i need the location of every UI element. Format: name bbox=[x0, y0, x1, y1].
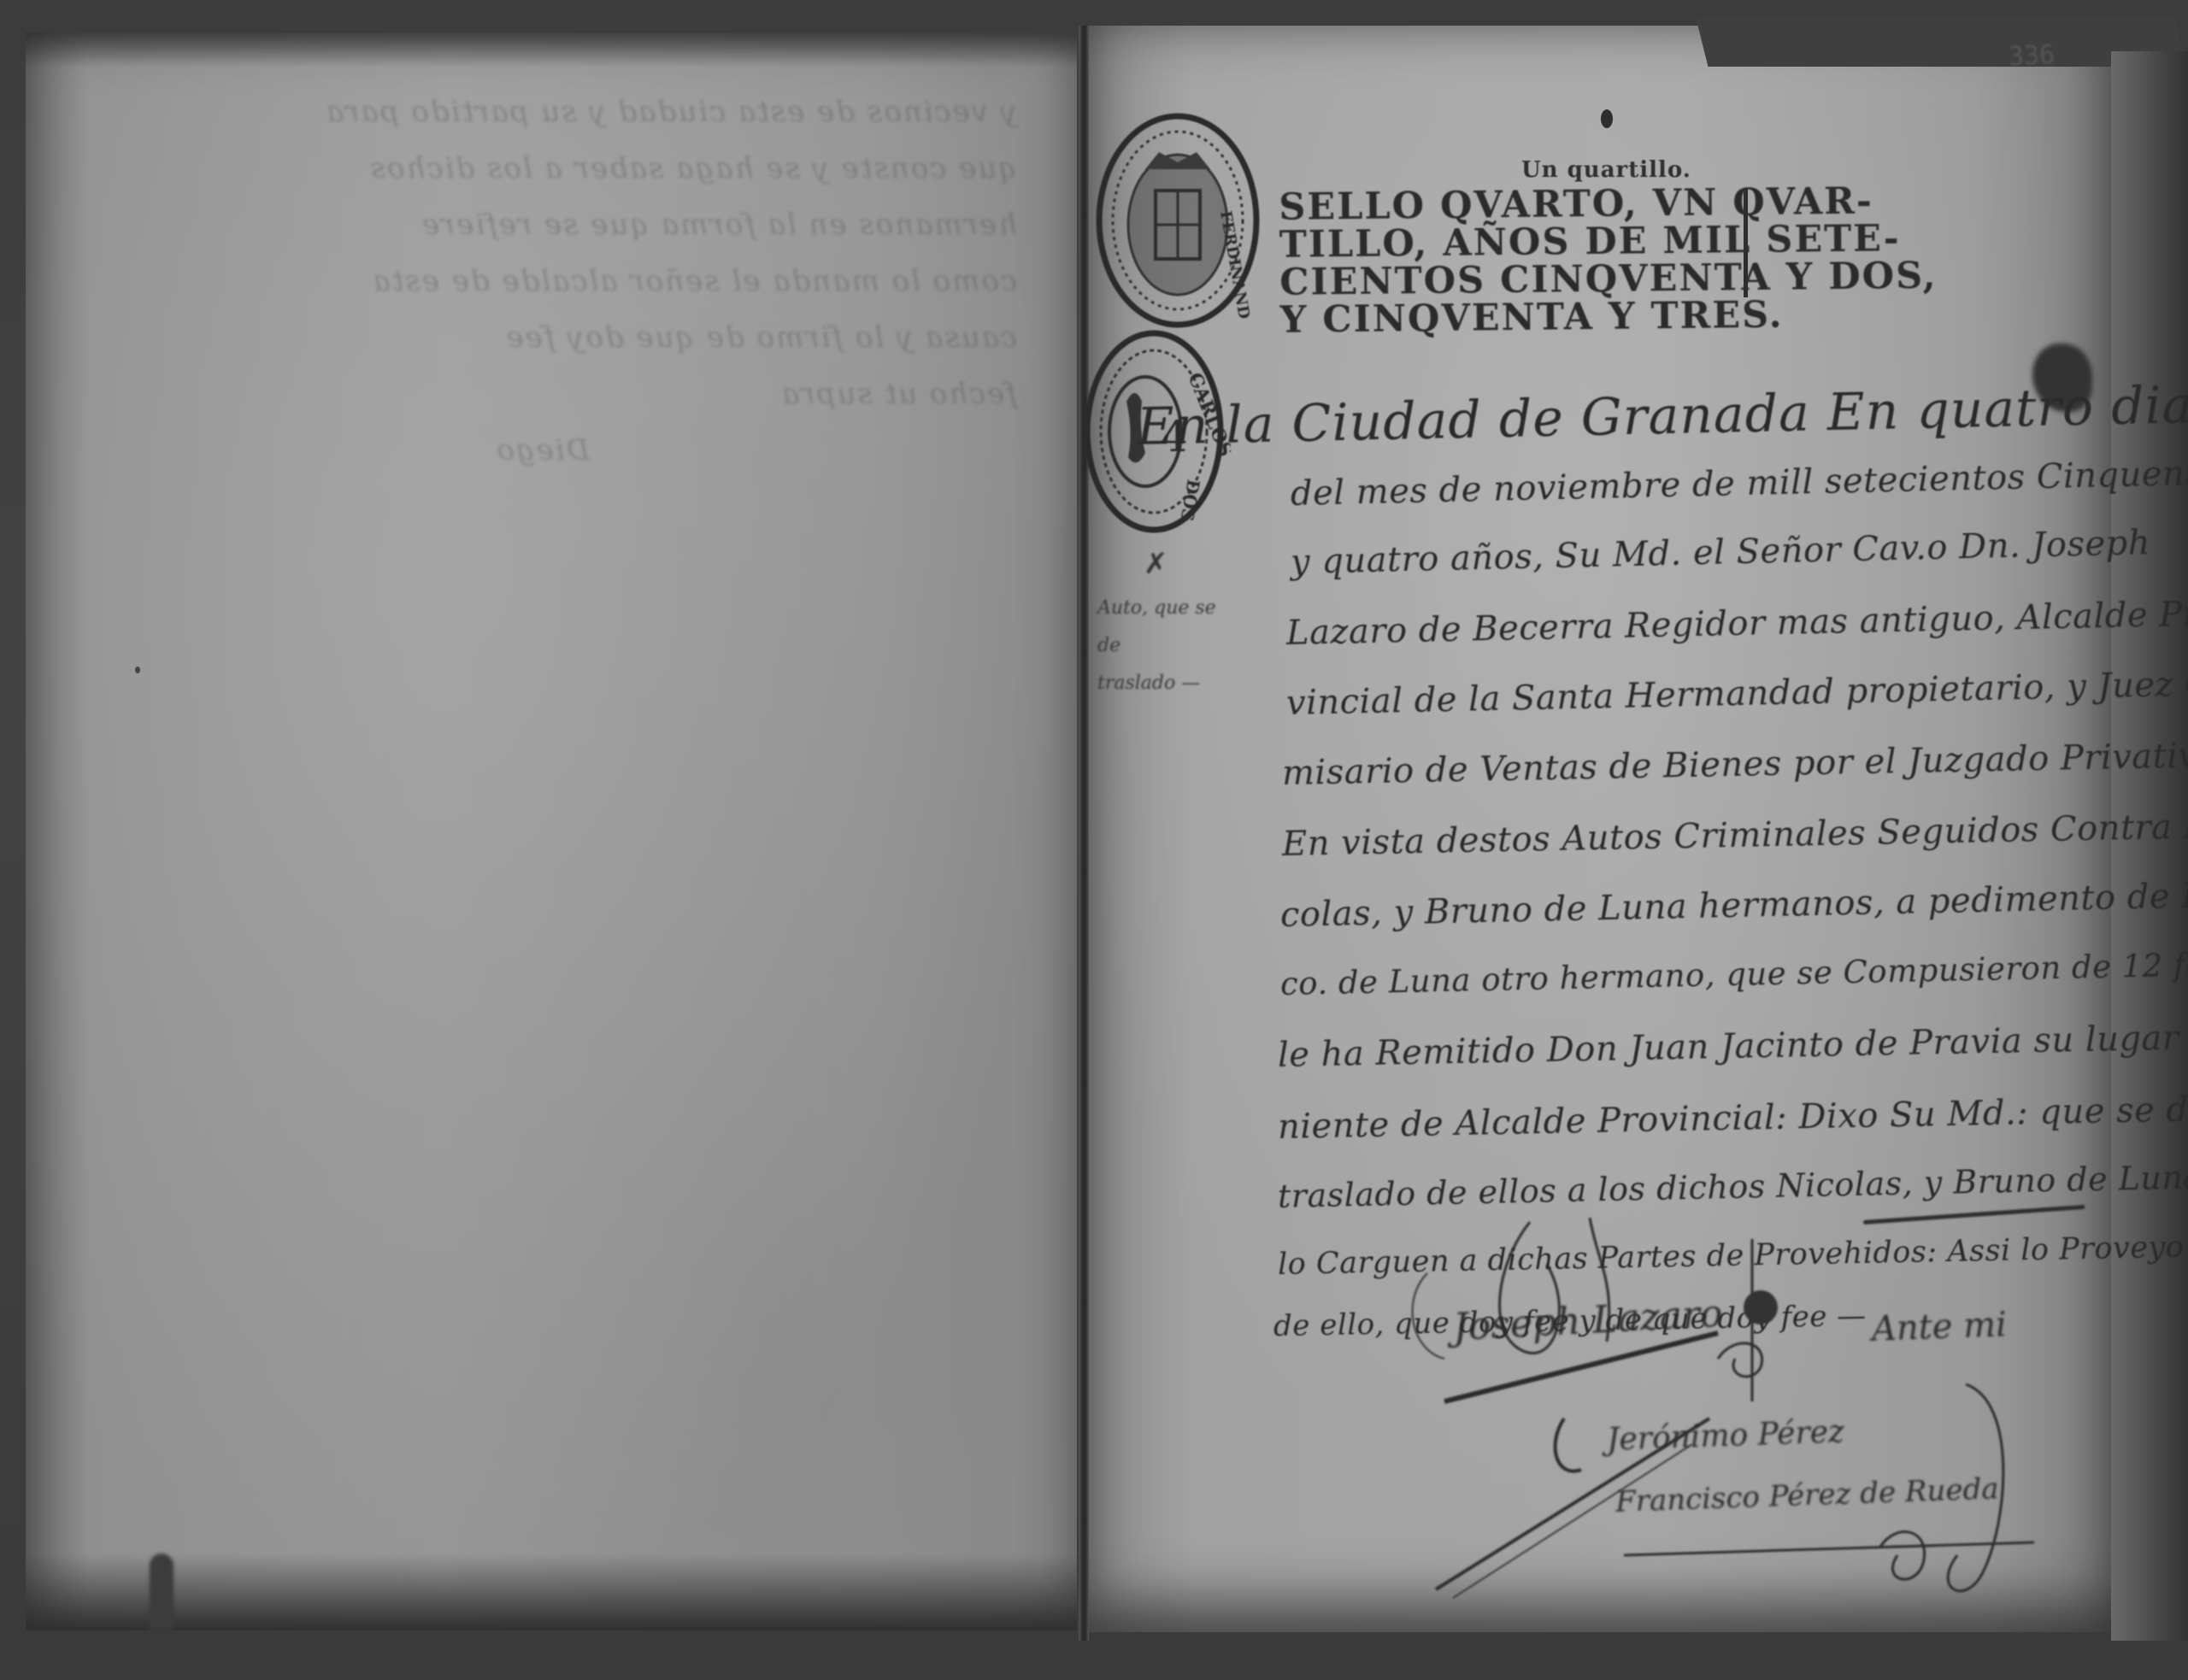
bleed-line: y vecinos de esta ciudad y su partido pa… bbox=[60, 84, 1017, 140]
book-binding-gutter bbox=[1079, 26, 1089, 1641]
stamp-bracket bbox=[1744, 188, 1748, 297]
bleed-line: causa y lo firmo de que doy fee bbox=[60, 309, 1017, 366]
bleed-through-text: y vecinos de esta ciudad y su partido pa… bbox=[60, 84, 1017, 479]
ink-speck bbox=[135, 667, 140, 673]
bleed-line: Diego bbox=[60, 422, 1017, 479]
signature-ante-mi: Ante mi bbox=[1871, 1305, 2007, 1348]
margin-cross-mark: ✗ bbox=[1144, 547, 1168, 581]
left-page: y vecinos de esta ciudad y su partido pa… bbox=[26, 32, 1077, 1630]
left-page-bottom-shadow bbox=[26, 1554, 1077, 1630]
left-page-top-shadow bbox=[26, 32, 1077, 67]
bleed-line: que conste y se haga saber a los dichos bbox=[60, 140, 1017, 197]
bleed-line: como lo manda el señor alcalde de esta bbox=[60, 253, 1017, 309]
folio-number: 336 bbox=[2008, 40, 2056, 73]
svg-text:DOS: DOS bbox=[1177, 478, 1204, 523]
ink-dot bbox=[1601, 109, 1613, 128]
margin-note: Auto, que se de traslado — bbox=[1097, 590, 1226, 702]
stamped-paper-header: SELLO QVARTO, VN QVAR- TILLO, AÑOS DE MI… bbox=[1279, 184, 1742, 339]
stamp-line: Y CINQVENTA Y TRES. bbox=[1279, 297, 1741, 339]
clip-mark bbox=[150, 1554, 174, 1630]
margin-note-line: traslado — bbox=[1097, 665, 1226, 702]
stamp-subtitle: Un quartillo. bbox=[1521, 157, 1691, 183]
bleed-line: fecho ut supra bbox=[60, 366, 1017, 422]
royal-seal-top-icon: FERDINAND bbox=[1092, 109, 1263, 340]
bleed-line: hermanos en la forma que se refiere bbox=[60, 197, 1017, 253]
margin-note-line: Auto, que se de bbox=[1097, 590, 1226, 665]
